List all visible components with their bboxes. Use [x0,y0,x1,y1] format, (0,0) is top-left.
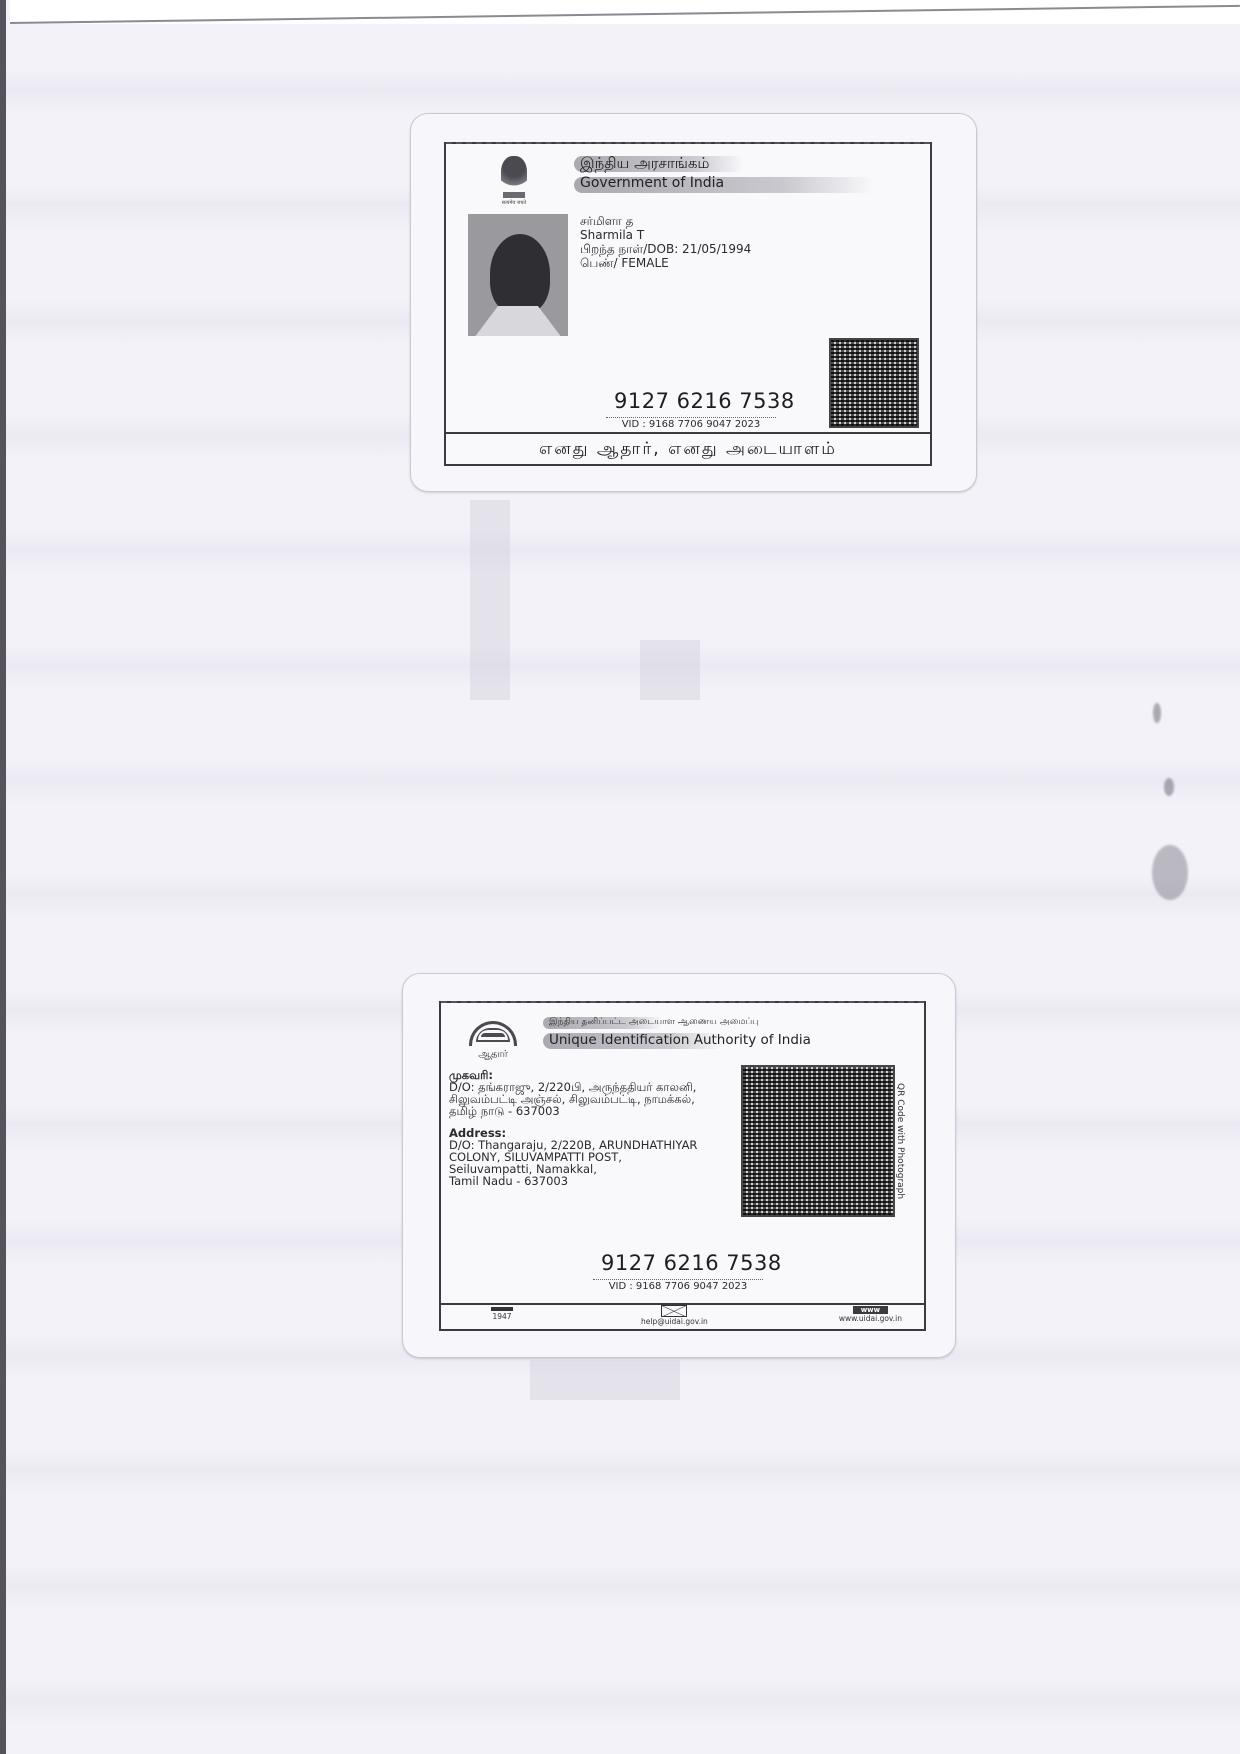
header-english: Government of India [580,175,724,191]
aadhaar-front-card: सत्यमेव जयते இந்திய அரசாங்கம் Government… [410,113,977,492]
address-block: முகவரி: D/O: தங்கராஜு, 2/220பி, அருந்ததி… [449,1069,731,1187]
bleed-through-mark [640,640,700,700]
header-tamil: இந்திய அரசாங்கம் [580,154,710,174]
phone-icon [491,1307,513,1311]
qr-code [741,1065,895,1217]
fingerprint-smudge [1152,845,1188,900]
card-footer: 1947 help@uidai.gov.in www www.uidai.gov… [441,1303,924,1329]
helpline: 1947 [491,1307,513,1321]
header-tamil: இந்திய தனிப்பட்ட அடையாள ஆணைய அமைப்பு [549,1017,759,1028]
vid-number: VID : 9168 7706 9047 2023 [593,1279,763,1292]
dob: பிறந்த நாள்/DOB: 21/05/1994 [580,242,751,256]
aadhaar-number: 9127 6216 7538 [601,1251,782,1275]
scan-edge [0,0,6,1754]
qr-caption: QR Code with Photograph [895,1083,905,1199]
front-card-frame: सत्यमेव जयते இந்திய அரசாங்கம் Government… [444,142,932,466]
bleed-through-mark [470,500,510,700]
email-contact: help@uidai.gov.in [641,1305,708,1326]
gender: பெண்/ FEMALE [580,256,751,270]
tagline: எனது ஆதார், எனது அடையாளம் [446,432,930,464]
address-english-line: Tamil Nadu - 637003 [449,1175,731,1187]
aadhaar-fingerprint-logo-icon: ஆதார் [467,1021,519,1067]
portrait-photo [468,214,568,336]
cut-line [446,142,930,144]
email-text: help@uidai.gov.in [641,1317,708,1326]
bleed-through-mark [530,1360,680,1400]
aadhaar-back-card: ஆதார் இந்திய தனிப்பட்ட அடையாள ஆணைய அமைப்… [402,973,956,1358]
website-text: www.uidai.gov.in [839,1314,902,1323]
holder-details: சர்மிளா த Sharmila T பிறந்த நாள்/DOB: 21… [580,214,751,270]
aadhaar-number: 9127 6216 7538 [614,389,795,413]
qr-code [829,338,919,428]
www-icon: www [853,1306,888,1314]
name-english: Sharmila T [580,228,751,242]
cut-line [441,1001,924,1003]
back-card-frame: ஆதார் இந்திய தனிப்பட்ட அடையாள ஆணைய அமைப்… [439,1001,926,1331]
logo-label: ஆதார் [467,1049,519,1061]
header-english: Unique Identification Authority of India [549,1032,811,1048]
state-emblem-icon: सत्यमेव जयते [496,156,532,208]
website-contact: www www.uidai.gov.in [839,1305,902,1323]
smudge-mark [1153,703,1161,723]
name-tamil: சர்மிளா த [580,214,751,228]
address-tamil-line: தமிழ் நாடு - 637003 [449,1105,731,1117]
vid-number: VID : 9168 7706 9047 2023 [606,417,776,430]
smudge-mark [1164,778,1174,796]
helpline-number: 1947 [492,1312,511,1321]
envelope-icon [661,1305,687,1317]
